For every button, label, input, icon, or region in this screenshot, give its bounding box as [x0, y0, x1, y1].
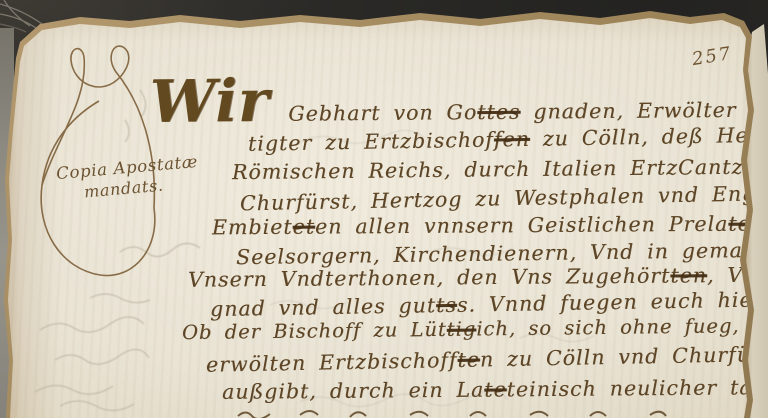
struck-text: te: [457, 348, 480, 372]
handwriting-text: ich, so sich ohne fueg, für einen: [476, 313, 768, 341]
struck-text: ts: [436, 293, 457, 317]
handwriting-text: gnad vnd alles gut: [210, 293, 437, 321]
handwriting-text: Churfürst, Hertzog zu Westphalen vnd Eng…: [240, 181, 768, 216]
handwriting-line: Römischen Reichs, durch Italien ErtzCant…: [232, 156, 768, 183]
struck-text: et: [293, 215, 316, 239]
handwriting-text: außgibt, durch ein La: [222, 378, 484, 404]
handwriting-line: Churfürst, Hertzog zu Westphalen vnd Eng…: [240, 183, 768, 214]
handwriting-line: erwölten Ertzbischofften zu Cölln vnd Ch…: [206, 343, 768, 375]
handwriting-text: en allen vnnsern Geistlichen Prela: [315, 212, 729, 239]
handwriting-text: erwölten Ertzbischoff: [206, 348, 458, 377]
handwriting-line: Ob der Bischoff zu Lüttigich, so sich oh…: [182, 315, 768, 343]
handwriting-text: Embiet: [212, 215, 293, 240]
handwriting-text: Vnsern Vndterthonen, den Vns Zugehört: [188, 264, 671, 292]
handwriting-text: Römischen Reichs, durch Italien ErtzCant…: [232, 154, 768, 184]
handwriting-line: Embieteten allen vnnsern Geistlichen Pre…: [212, 213, 768, 238]
struck-text: fen: [494, 127, 530, 152]
handwriting-text: teinisch neulicher tag Publiciert: [507, 374, 768, 401]
handwriting-line: Vnsern Vndterthonen, den Vns Zugehörtten…: [188, 264, 768, 290]
handwriting-text: tigter zu Ertzbischof: [248, 128, 494, 156]
handwriting-text: gnaden, Erwölter bestet„: [520, 97, 768, 124]
struck-text: te: [484, 377, 507, 401]
decorated-initial: Wir: [150, 66, 276, 136]
manuscript-scan: Copia Apostatæ mandats. 257 Wir Gebhart …: [0, 0, 768, 418]
struck-text: ten: [670, 263, 707, 287]
handwriting-line: außgibt, durch ein Lateteinisch neuliche…: [222, 376, 768, 402]
folio-number: 257: [691, 43, 734, 70]
handwriting-text: Gebhart von Go: [275, 100, 477, 126]
handwriting-text: s. Vnnd fuegen euch hiemit zuwissen,: [457, 285, 768, 317]
handwriting-line: Wir Gebhart von Gottes gnaden, Erwölter …: [150, 67, 768, 131]
handwriting-text: zu Cölln, deß Heylig„: [530, 122, 768, 151]
struck-text: ttes: [477, 100, 520, 124]
handwriting-text: n zu Cölln vnd Churfürsten: [480, 341, 768, 371]
manuscript-page: Copia Apostatæ mandats. 257 Wir Gebhart …: [0, 0, 768, 418]
struck-text: tig: [447, 318, 477, 341]
handwriting-text: Ob der Bischoff zu Lüt: [182, 318, 447, 344]
